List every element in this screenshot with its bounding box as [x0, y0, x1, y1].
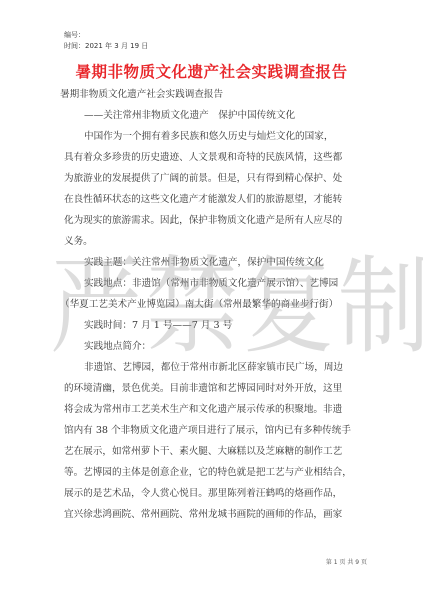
- tagline: ——关注常州非物质文化遗产 保护中国传统文化: [64, 105, 364, 126]
- document-meta: 编号： 时间：2021 年 3 月 19 日: [64, 30, 148, 52]
- practice-location-cont: （华夏工艺美术产业博览园）南大街（常州最繁华的商业步行街）: [60, 294, 364, 315]
- paragraph-line: 具有着众多珍贵的历史遗迹、人文景观和奇特的民族风情，这些都: [64, 147, 364, 168]
- paragraph-line: 化为现实的旅游需求。因此，保护非物质文化遗产是所有人应尽的: [64, 210, 364, 231]
- document-body: 暑期非物质文化遗产社会实践调查报告 ——关注常州非物质文化遗产 保护中国传统文化…: [64, 84, 364, 525]
- paragraph-line: 中国作为一个拥有着多民族和悠久历史与灿烂文化的国家，: [64, 126, 364, 147]
- paragraph-line: 将会成为常州市工艺美术生产和文化遗产展示传承的积聚地。非遗: [64, 399, 364, 420]
- practice-location: 实践地点：非遗馆（常州市非物质文化遗产展示馆）、艺博园: [64, 273, 364, 294]
- paragraph-line: 义务。: [64, 231, 364, 252]
- page-indicator: 第 1 页 共 9 页: [326, 557, 367, 566]
- practice-intro-label: 实践地点简介：: [64, 336, 364, 357]
- paragraph-line: 馆内有 38 个非物质文化遗产项目进行了展示，馆内已有多种传统手: [64, 420, 364, 441]
- paragraph-line: 展示的是艺术品，令人赏心悦目。那里陈列着汪鹤鸣的烙画作品，: [64, 483, 364, 504]
- paragraph-line: 等。艺博园的主体是创意企业，它的特色就是把工艺与产业相结合，: [64, 462, 364, 483]
- practice-theme: 实践主题：关注常州非物质文化遗产，保护中国传统文化: [64, 252, 364, 273]
- paragraph-line: 在良性循环状态的这些文化遗产才能激发人们的旅游愿望，才能转: [64, 189, 364, 210]
- paragraph-line: 宜兴徐悲鸿画院、常州画院、常州龙城书画院的画师的作品，画家: [64, 504, 364, 525]
- practice-time: 实践时间：7 月 1 号——7 月 3 号: [64, 315, 364, 336]
- paragraph-line: 的环境清幽，景色优美。目前非遗馆和艺博园同时对外开放，这里: [64, 378, 364, 399]
- subtitle: 暑期非物质文化遗产社会实践调查报告: [60, 84, 364, 105]
- document-title: 暑期非物质文化遗产社会实践调查报告: [0, 60, 423, 82]
- document-number-label: 编号：: [64, 30, 148, 41]
- paragraph-line: 艺在展示，如常州萝卜干、素火腿、大麻糕以及芝麻糖的制作工艺: [64, 441, 364, 462]
- paragraph-line: 非遗馆、艺博园，都位于常州市新北区薛家镇市民广场，周边: [64, 357, 364, 378]
- document-page: 编号： 时间：2021 年 3 月 19 日 暑期非物质文化遗产社会实践调查报告…: [0, 0, 423, 600]
- paragraph-line: 为旅游业的发展提供了广阔的前景。但是，只有得到精心保护、处: [64, 168, 364, 189]
- document-date: 时间：2021 年 3 月 19 日: [64, 41, 148, 52]
